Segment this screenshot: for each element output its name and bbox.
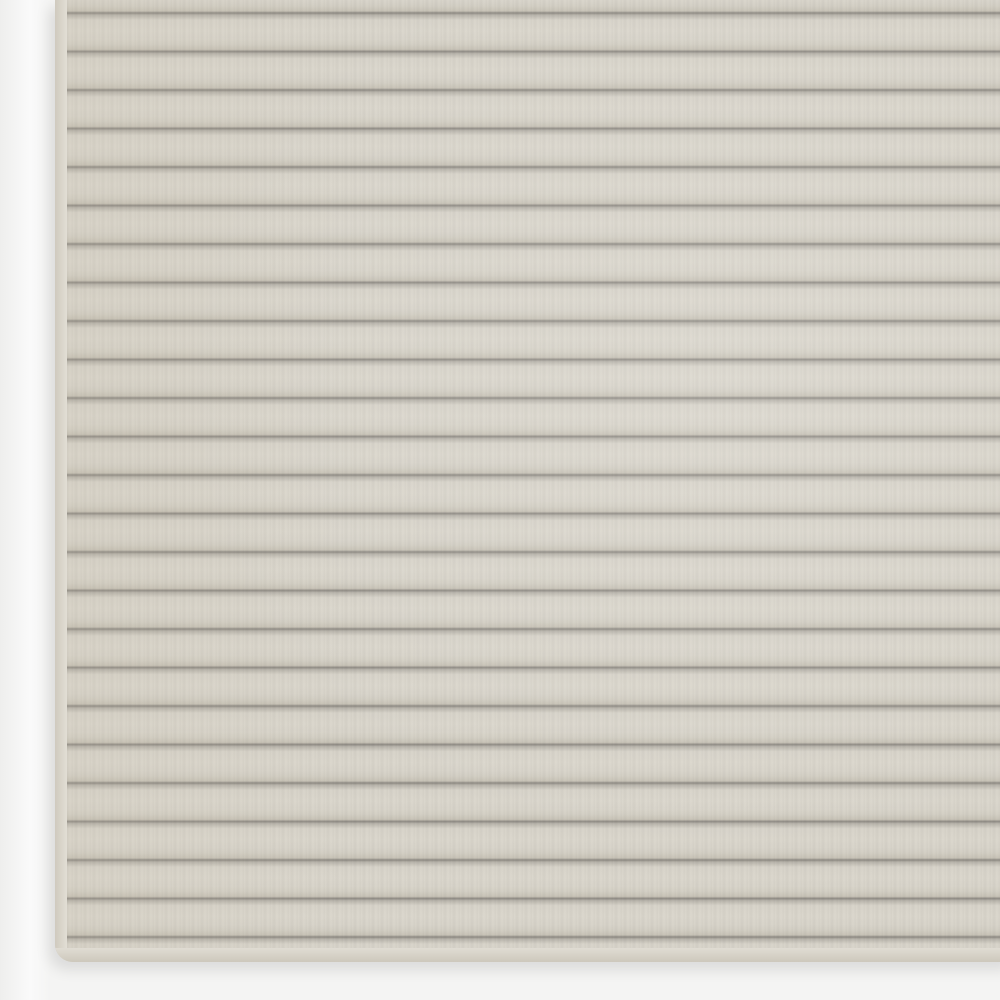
rug-left-edge [55,0,67,962]
rug-lighting [55,0,1000,962]
rug-corner [55,0,1000,962]
rug-bottom-edge [55,948,1000,962]
